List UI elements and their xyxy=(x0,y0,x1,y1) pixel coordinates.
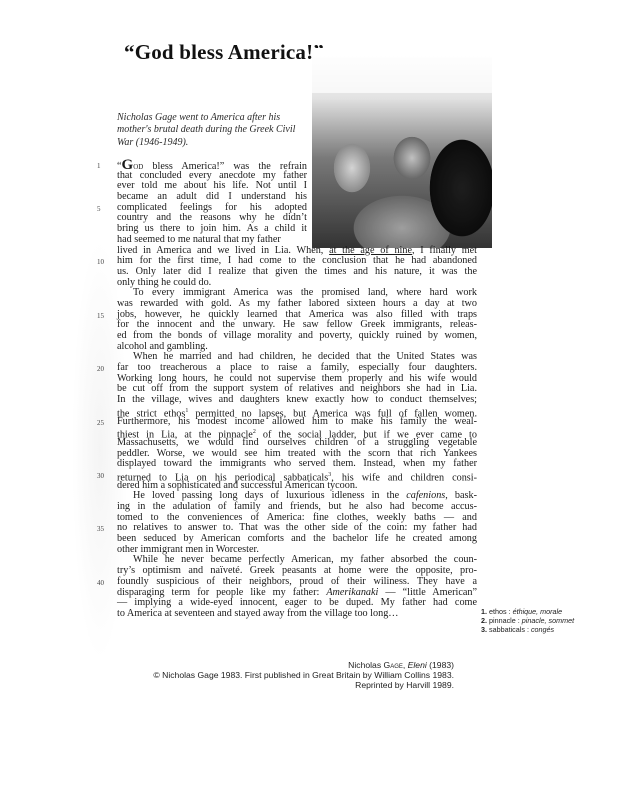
line-number: 10 xyxy=(97,257,111,268)
text-run: jobs, however, he quickly learned that A… xyxy=(117,309,477,320)
text-run: tomed to the conveniences of America: fi… xyxy=(117,512,477,523)
article-body: 1“God bless America!” was the refraintha… xyxy=(117,160,477,620)
text-run: ever told me about his life. Not until I xyxy=(117,180,307,191)
footnote-number: 2. xyxy=(481,616,489,625)
footnote-gloss: congés xyxy=(531,625,554,634)
text-run: foundly suspicious of their neighbors, p… xyxy=(117,576,477,587)
author-first-name: Nicholas xyxy=(348,660,383,670)
line-number: 1 xyxy=(97,161,111,172)
text-run: was rewarded with gold. As my father lab… xyxy=(117,298,477,309)
text-run: When he married and had children, he dec… xyxy=(133,351,477,362)
text-run: To every immigrant America was the promi… xyxy=(133,287,477,298)
text-run: displayed toward the immigrants who serv… xyxy=(117,458,477,469)
footnote-item: 1. ethos : éthique, morale xyxy=(481,607,591,616)
text-run: far too treacherous a place to raise a f… xyxy=(117,362,477,373)
text-line: to America at seventeen and stayed away … xyxy=(117,609,477,620)
text-run: other immigrant men in Worcester. xyxy=(117,544,259,555)
text-run: While he never became perfectly American… xyxy=(133,554,477,565)
footnote-item: 2. pinnacle : pinacle, sommet xyxy=(481,616,591,625)
text-run: He loved passing long days of luxurious … xyxy=(133,490,406,501)
footnotes: 1. ethos : éthique, morale2. pinnacle : … xyxy=(481,607,591,634)
text-run: be cut off from the support system of re… xyxy=(117,383,477,394)
credit-citation: Nicholas Gage, Eleni (1983) xyxy=(153,660,454,670)
text-run: , bask- xyxy=(445,490,477,501)
text-run: complicated feelings for his adopted xyxy=(117,202,307,213)
author-last-name: Gage xyxy=(384,660,403,670)
credit-reprint: Reprinted by Harvill 1989. xyxy=(153,680,454,690)
footnote-gloss: pinacle, sommet xyxy=(522,616,574,625)
text-run: dered him a sophisticated and successful… xyxy=(117,480,357,491)
underlined-phrase: at the age of nine xyxy=(329,245,412,256)
text-run: became an adult did I understand his xyxy=(117,191,307,202)
photo-sky xyxy=(312,48,492,93)
text-run: us. Only later did I realize that given … xyxy=(117,266,477,277)
credit-copyright: © Nicholas Gage 1983. First published in… xyxy=(153,670,454,680)
text-run: to America at seventeen and stayed away … xyxy=(117,608,398,619)
work-year: (1983) xyxy=(427,660,454,670)
line-number: 15 xyxy=(97,311,111,322)
text-run: disparaging term for people like my fath… xyxy=(117,587,326,598)
text-run: only thing he could do. xyxy=(117,277,211,288)
footnote-term: pinnacle : xyxy=(489,616,522,625)
text-run: bring us there to join him. As a child i… xyxy=(117,223,307,234)
line-number: 25 xyxy=(97,418,111,429)
text-run: been seduced by American comforts and th… xyxy=(117,533,477,544)
line-number: 5 xyxy=(97,204,111,215)
text-line: displayed toward the immigrants who serv… xyxy=(117,459,477,470)
line-number: 20 xyxy=(97,364,111,375)
text-run: lived in America and we lived in Lia. Wh… xyxy=(117,245,329,256)
text-run: — “little American” xyxy=(378,587,477,598)
text-run: — implying a wide-eyed innocent, eager t… xyxy=(117,597,477,608)
line-number: 30 xyxy=(97,471,111,482)
text-run: try’s optimism and naïveté. Greek peasan… xyxy=(117,565,477,576)
text-run: peddler. Worse, we would see him treated… xyxy=(117,448,477,459)
text-run: alcohol and gambling. xyxy=(117,341,208,352)
text-run: Massachusetts, we would find ourselves c… xyxy=(117,437,477,448)
italic-term: cafenions xyxy=(406,490,445,501)
text-run: had seemed to me natural that my father xyxy=(117,234,281,245)
text-run: no relatives to answer to. That was the … xyxy=(117,522,477,533)
work-title: Eleni xyxy=(408,660,427,670)
source-credit: Nicholas Gage, Eleni (1983) © Nicholas G… xyxy=(153,660,454,690)
footnote-number: 3. xyxy=(481,625,489,634)
footnote-gloss: éthique, morale xyxy=(513,607,563,616)
italic-term: Amerikanaki xyxy=(326,587,378,598)
intro-caption: Nicholas Gage went to America after his … xyxy=(117,112,307,149)
text-run: In the village, wives and daughters knew… xyxy=(117,394,477,405)
text-run: ed from the bonds of village morality an… xyxy=(117,330,477,341)
text-line: In the village, wives and daughters knew… xyxy=(117,395,477,406)
text-run: country and the reasons why he didn’t xyxy=(117,212,307,223)
text-run: for the innocent and the unwary. He saw … xyxy=(117,319,477,330)
text-line: 25Furthermore, his modest income allowed… xyxy=(117,417,477,428)
footnote-item: 3. sabbaticals : congés xyxy=(481,625,591,634)
text-run: ing in the adulation of family and frien… xyxy=(117,501,477,512)
footnote-term: sabbaticals : xyxy=(489,625,531,634)
text-run: , I finally met xyxy=(412,245,477,256)
line-number: 35 xyxy=(97,524,111,535)
line-number: 40 xyxy=(97,578,111,589)
document-page: “God bless America!” Nicholas Gage went … xyxy=(0,0,618,800)
footnote-term: ethos : xyxy=(489,607,513,616)
footnote-number: 1. xyxy=(481,607,489,616)
text-run: Working long hours, he could not supervi… xyxy=(117,373,477,384)
text-run: that concluded every anecdote my father xyxy=(117,170,307,181)
text-run: Furthermore, his modest income allowed h… xyxy=(117,416,477,427)
page-title: “God bless America!” xyxy=(124,40,324,65)
text-run: him for the first time, I had come to th… xyxy=(117,255,477,266)
